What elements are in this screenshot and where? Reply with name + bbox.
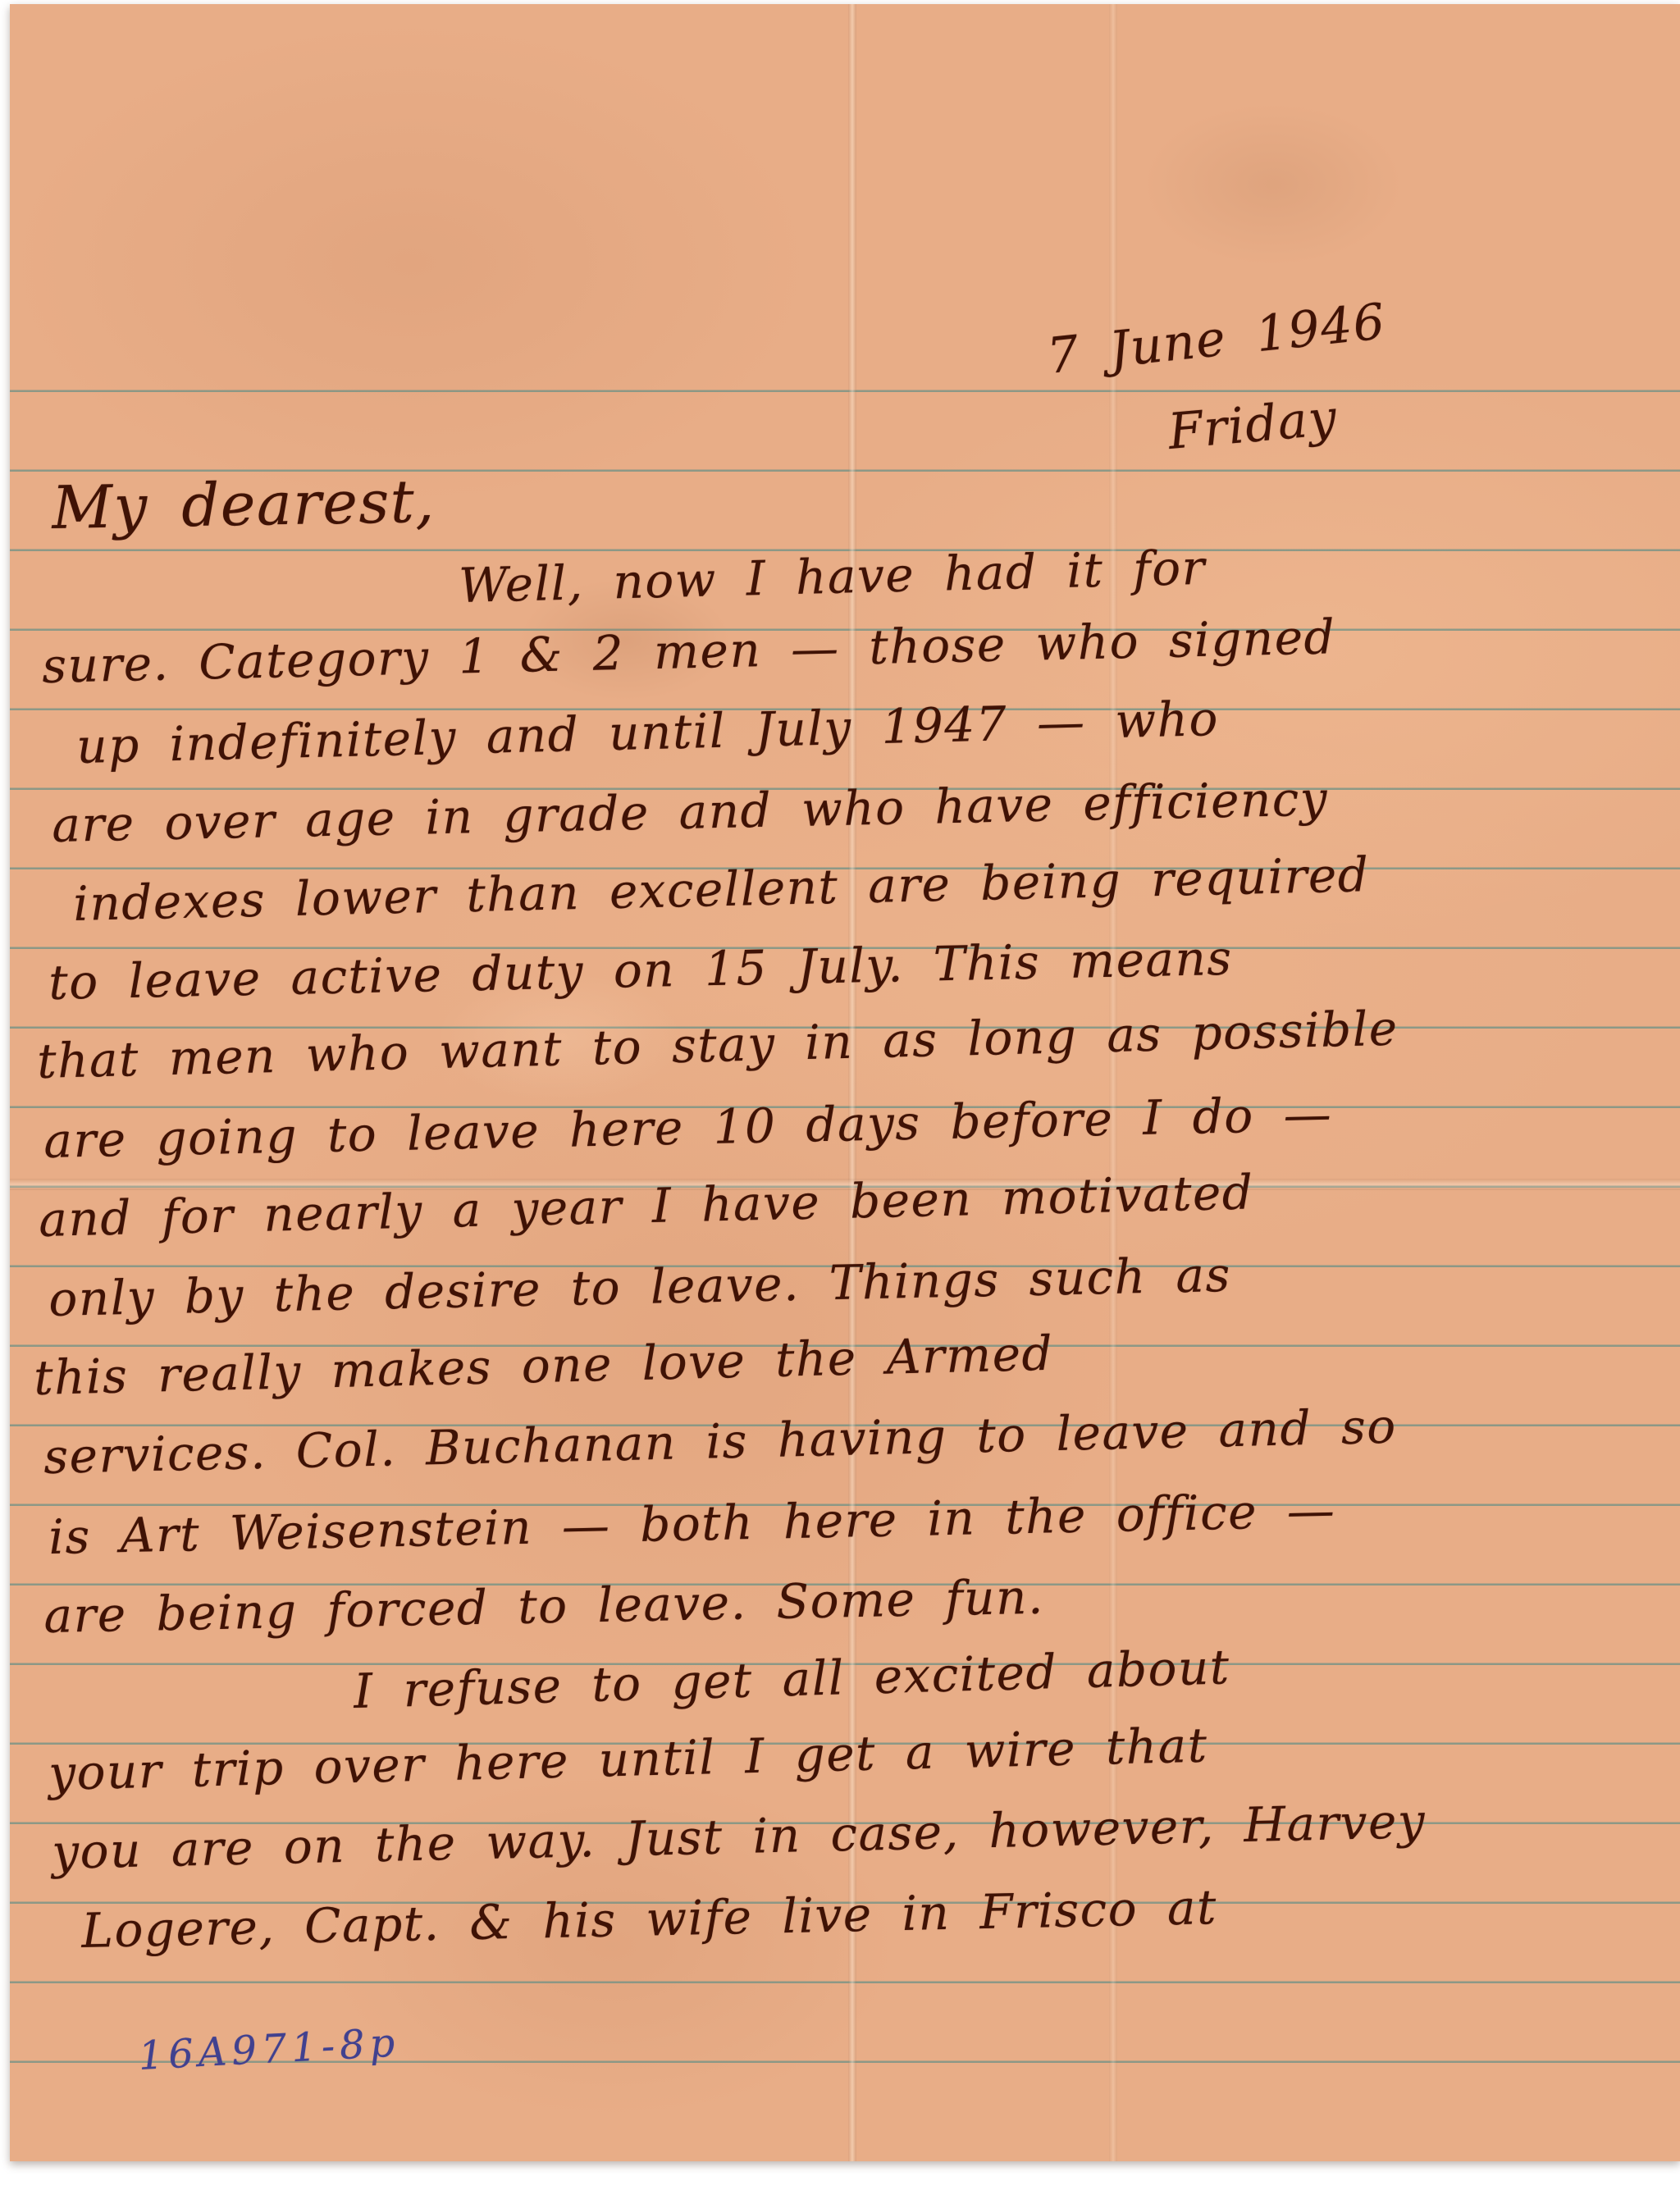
- letter-line: indexes lower than excellent are being r…: [73, 851, 1370, 928]
- letter-line: are over age in grade and who have effic…: [52, 774, 1329, 849]
- letter-paper: 7 June 1946 Friday My dearest, Well, now…: [10, 4, 1680, 2161]
- paper-stain: [1142, 103, 1404, 267]
- letter-line: I refuse to get all excited about: [353, 1643, 1230, 1715]
- letter-line: that men who want to stay in as long as …: [37, 1004, 1399, 1085]
- letter-line: up indefinitely and until July 1947 — wh…: [76, 695, 1220, 770]
- letter-line: only by the desire to leave. Things such…: [48, 1251, 1232, 1323]
- letter-line: your trip over here until I get a wire t…: [48, 1721, 1209, 1797]
- day-line: Friday: [1166, 393, 1340, 457]
- letter-line: is Art Weisenstein — both here in the of…: [48, 1486, 1336, 1561]
- letter-line: this really makes one love the Armed: [34, 1330, 1054, 1402]
- date-line: 7 June 1946: [1045, 297, 1388, 381]
- letter-line: to leave active duty on 15 July. This me…: [48, 934, 1233, 1006]
- letter-line: are being forced to leave. Some fun.: [43, 1573, 1044, 1640]
- letter-line: Logere, Capt. & his wife live in Frisco …: [81, 1883, 1218, 1955]
- scan-background: 7 June 1946 Friday My dearest, Well, now…: [0, 0, 1680, 2190]
- letter-line: Well, now I have had it for: [459, 544, 1207, 609]
- letter-line: sure. Category 1 & 2 men — those who sig…: [42, 613, 1336, 690]
- archival-annotation: 16A971-8p: [137, 2023, 400, 2076]
- salutation: My dearest,: [52, 472, 436, 537]
- letter-line: you are on the way. Just in case, howeve…: [52, 1797, 1427, 1876]
- letter-line: services. Col. Buchanan is having to lea…: [43, 1403, 1398, 1481]
- letter-line: and for nearly a year I have been motiva…: [39, 1168, 1254, 1243]
- letter-line: are going to leave here 10 days before I…: [43, 1090, 1333, 1165]
